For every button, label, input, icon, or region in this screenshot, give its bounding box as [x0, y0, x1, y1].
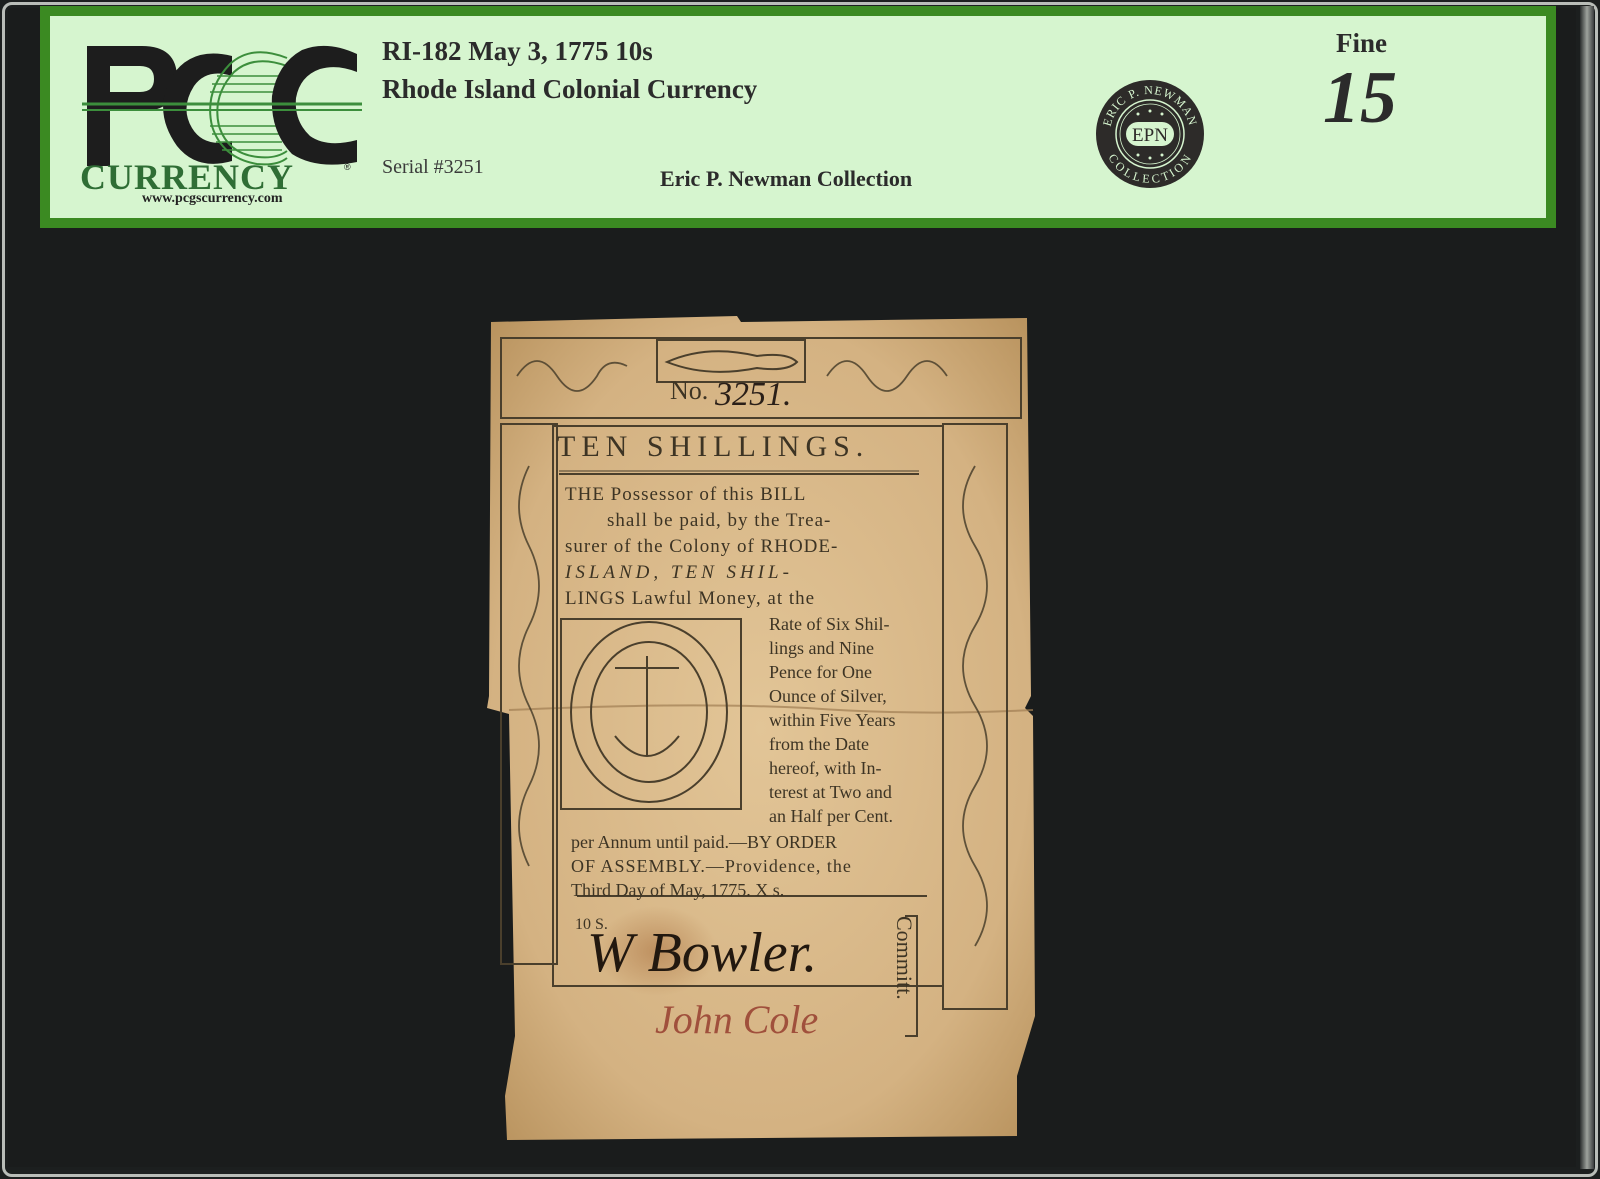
svg-text:®: ®: [344, 162, 351, 172]
body-line: from the Date: [769, 734, 869, 755]
note-number-handwritten: 3251.: [715, 376, 792, 414]
grading-label: ® CURRENCY www.pcgscurrency.com RI-182 M…: [40, 6, 1556, 228]
svg-text:EPN: EPN: [1132, 125, 1168, 146]
body-line: Third Day of May, 1775. X s.: [571, 880, 784, 901]
pedigree-collection: Eric P. Newman Collection: [660, 166, 912, 192]
pcgs-url[interactable]: www.pcgscurrency.com: [142, 191, 283, 207]
serial-number: Serial #3251: [382, 156, 484, 179]
signature-cole: John Cole: [655, 996, 818, 1043]
committee-label: Committ.: [891, 916, 917, 1000]
series-title: Rhode Island Colonial Currency: [382, 74, 757, 105]
note-number-prefix: No.: [670, 376, 708, 406]
catalog-title: RI-182 May 3, 1775 10s: [382, 36, 653, 67]
body-line: terest at Two and: [769, 782, 892, 803]
grade-designation: Fine: [1336, 28, 1387, 59]
newman-collection-seal-icon: ERIC P. NEWMAN COLLECTION EPN: [1094, 78, 1206, 190]
body-line: hereof, with In-: [769, 758, 881, 779]
body-line: surer of the Colony of RHODE-: [565, 536, 838, 558]
banknote: No. 3251. TEN SHILLINGS. THE Possessor o…: [487, 316, 1035, 1140]
body-line: Ounce of Silver,: [769, 686, 887, 707]
body-line: Pence for One: [769, 662, 872, 683]
denomination-heading: TEN SHILLINGS.: [557, 430, 869, 464]
body-line: LINGS Lawful Money, at the: [565, 588, 815, 610]
signature-bowler: W Bowler.: [587, 921, 817, 985]
body-line: per Annum until paid.—BY ORDER: [571, 832, 837, 853]
body-line: OF ASSEMBLY.—Providence, the: [571, 856, 852, 877]
body-line: Rate of Six Shil-: [769, 614, 890, 635]
body-line: an Half per Cent.: [769, 806, 893, 827]
body-line: THE Possessor of this BILL: [565, 484, 806, 506]
grading-label-panel: ® CURRENCY www.pcgscurrency.com RI-182 M…: [50, 16, 1546, 218]
body-line: ISLAND, TEN SHIL-: [565, 562, 793, 584]
body-line: lings and Nine: [769, 638, 874, 659]
body-line: within Five Years: [769, 710, 896, 731]
grade-number: 15: [1323, 56, 1397, 141]
slab-holder-rail: [1580, 6, 1594, 1169]
body-line: shall be paid, by the Trea-: [607, 510, 831, 532]
